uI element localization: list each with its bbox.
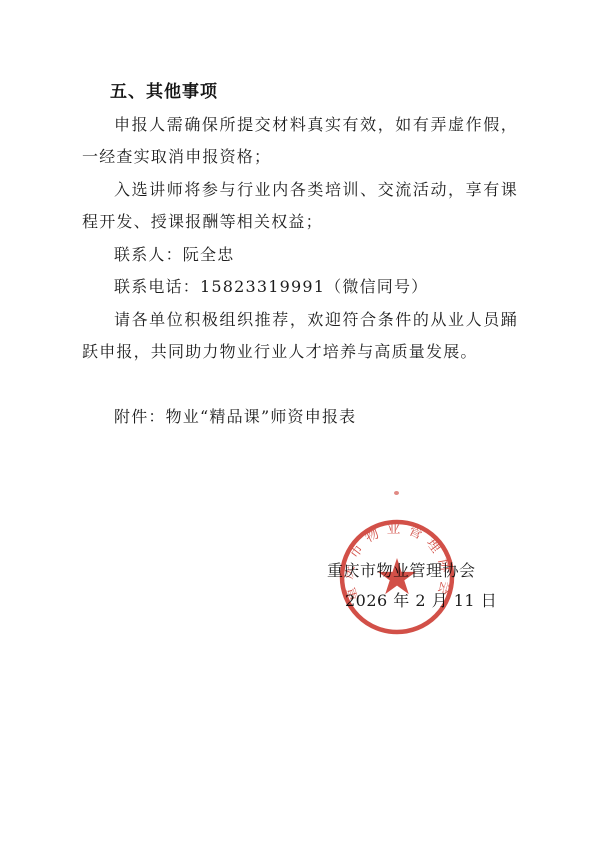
contact-phone-line: 联系电话：15823319991（微信同号）: [82, 271, 518, 304]
paragraph-benefits: 入选讲师将参与行业内各类培训、交流活动，享有课程开发、授课报酬等相关权益；: [82, 174, 518, 239]
signature-organization: 重庆市物业管理协会: [327, 558, 476, 581]
paragraph-appeal: 请各单位积极组织推荐，欢迎符合条件的从业人员踊跃申报，共同助力物业行业人才培养与…: [82, 304, 518, 369]
signature-date: 2026 年 2 月 11 日: [345, 588, 497, 611]
contact-person-line: 联系人：阮全忠: [82, 239, 518, 272]
document-page: 五、其他事项 申报人需确保所提交材料真实有效，如有弄虚作假，一经查实取消申报资格…: [0, 0, 600, 849]
document-body: 五、其他事项 申报人需确保所提交材料真实有效，如有弄虚作假，一经查实取消申报资格…: [82, 76, 518, 434]
seal-ink-speck: [394, 491, 399, 495]
paragraph-declaration: 申报人需确保所提交材料真实有效，如有弄虚作假，一经查实取消申报资格；: [82, 109, 518, 174]
section-heading: 五、其他事项: [82, 76, 518, 109]
attachment-line: 附件：物业“精品课”师资申报表: [82, 401, 518, 434]
